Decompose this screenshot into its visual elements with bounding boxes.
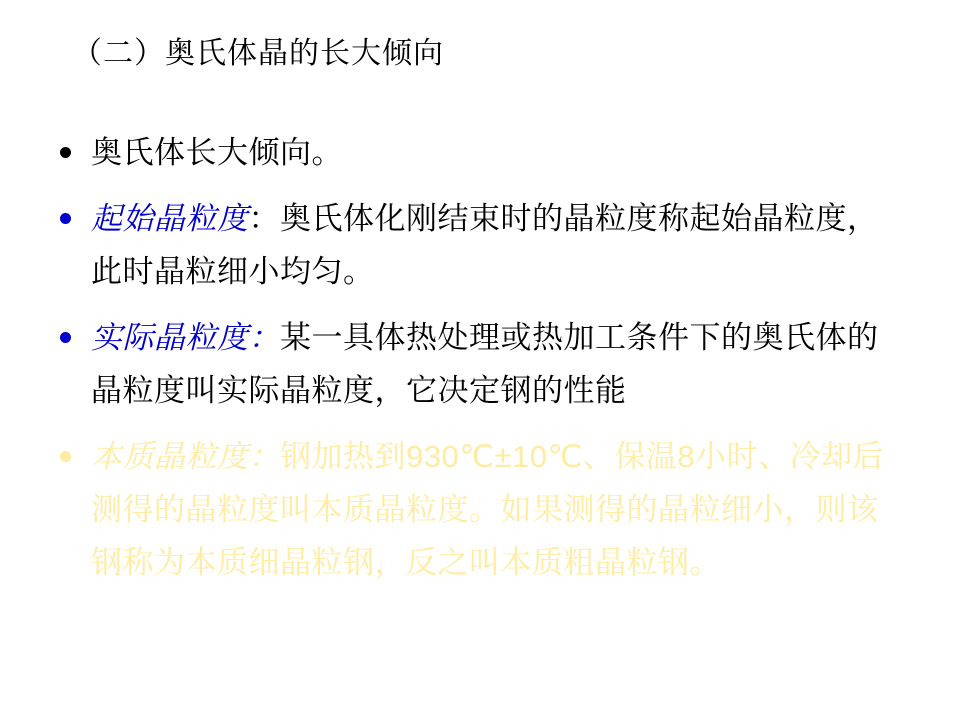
bullet-separator: ： <box>249 201 281 236</box>
bullet-text: 本质晶粒度：钢加热到930℃±10℃、保温8小时、冷却后测得的晶粒度叫本质晶粒度… <box>91 430 903 589</box>
presentation-slide: （二）奥氏体晶的长大倾向 奥氏体长大倾向。 起始晶粒度：奥氏体化刚结束时的晶粒度… <box>0 0 960 720</box>
bullet-term: 起始晶粒度 <box>91 201 249 236</box>
bullet-body: 奥氏体长大倾向。 <box>91 135 343 170</box>
bullet-term: 本质晶粒度： <box>91 439 280 474</box>
bullet-dot-icon <box>60 451 71 462</box>
bullet-text: 奥氏体长大倾向。 <box>91 126 343 179</box>
bullet-dot-icon <box>60 147 71 158</box>
bullet-text: 起始晶粒度：奥氏体化刚结束时的晶粒度称起始晶粒度，此时晶粒细小均匀。 <box>91 192 903 298</box>
bullet-term: 实际晶粒度： <box>91 320 280 355</box>
bullet-dot-icon <box>60 213 71 224</box>
bullet-dot-icon <box>60 332 71 343</box>
bullet-list: 奥氏体长大倾向。 起始晶粒度：奥氏体化刚结束时的晶粒度称起始晶粒度，此时晶粒细小… <box>60 126 920 602</box>
bullet-item-actual-grain-size: 实际晶粒度：某一具体热处理或热加工条件下的奥氏体的晶粒度叫实际晶粒度，它决定钢的… <box>60 311 920 417</box>
bullet-item-inherent-grain-size: 本质晶粒度：钢加热到930℃±10℃、保温8小时、冷却后测得的晶粒度叫本质晶粒度… <box>60 430 920 589</box>
bullet-item-initial-grain-size: 起始晶粒度：奥氏体化刚结束时的晶粒度称起始晶粒度，此时晶粒细小均匀。 <box>60 192 920 298</box>
bullet-text: 实际晶粒度：某一具体热处理或热加工条件下的奥氏体的晶粒度叫实际晶粒度，它决定钢的… <box>91 311 903 417</box>
bullet-item-austenite-growth: 奥氏体长大倾向。 <box>60 126 920 179</box>
slide-title: （二）奥氏体晶的长大倾向 <box>72 34 444 74</box>
